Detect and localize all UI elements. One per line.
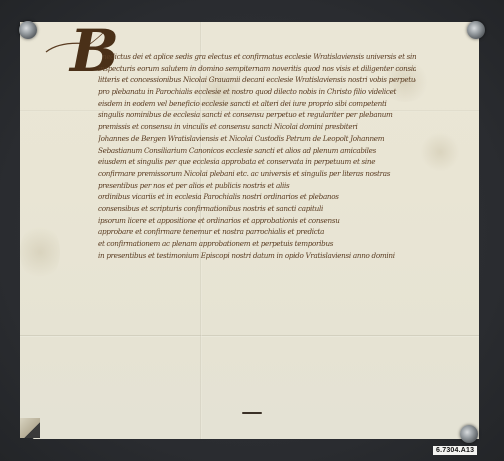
text-line: pro plebanatu in Parochialis ecclesie et…	[98, 87, 416, 97]
text-line: in presentibus et testimonium Episcopi n…	[98, 251, 398, 261]
text-line: presentibus per nos et per alios et publ…	[98, 181, 416, 191]
glass-weight-icon	[19, 21, 37, 39]
stain	[20, 222, 60, 282]
text-line: consensibus et scripturis confirmationib…	[98, 204, 416, 214]
folded-corner	[20, 418, 40, 438]
glass-weight-icon	[460, 425, 478, 443]
glass-weight-icon	[467, 21, 485, 39]
text-line: eisdem in eodem vel beneficio ecclesie s…	[98, 99, 416, 109]
text-line: litteris et concessionibus Nicolai Graua…	[98, 75, 416, 85]
text-line: singulis nominibus de ecclesia sancti et…	[98, 110, 416, 120]
text-line: ipsorum licere et appositione et ordinar…	[98, 216, 416, 226]
text-line: approbare et confirmare tenemur et nostr…	[98, 227, 416, 237]
text-line: confirmare premissorum Nicolai plebani e…	[98, 169, 416, 179]
stain	[420, 132, 460, 172]
text-line: Sebastianum Consiliarium Canonicos eccle…	[98, 146, 416, 156]
text-line: inspecturis eorum salutem in domino semp…	[98, 64, 416, 74]
text-line: ordinibus vicariis et in ecclesia Paroch…	[98, 192, 416, 202]
text-line: premissis et consensu in vinculis et con…	[98, 122, 416, 132]
text-line: et confirmationem ac plenam approbatione…	[98, 239, 416, 249]
seal-slit	[242, 412, 262, 414]
horizontal-fold-line	[20, 335, 479, 337]
text-line: nedictus dei et aplice sedis gra electus…	[102, 52, 416, 62]
manuscript-text: nedictus dei et aplice sedis gra electus…	[56, 52, 416, 262]
text-line: eiusdem et singulis per que ecclesia app…	[98, 157, 416, 167]
accession-label: 6.7304.A13	[433, 446, 477, 455]
text-line: Johannes de Bergen Wratislaviensis et Ni…	[98, 134, 416, 144]
